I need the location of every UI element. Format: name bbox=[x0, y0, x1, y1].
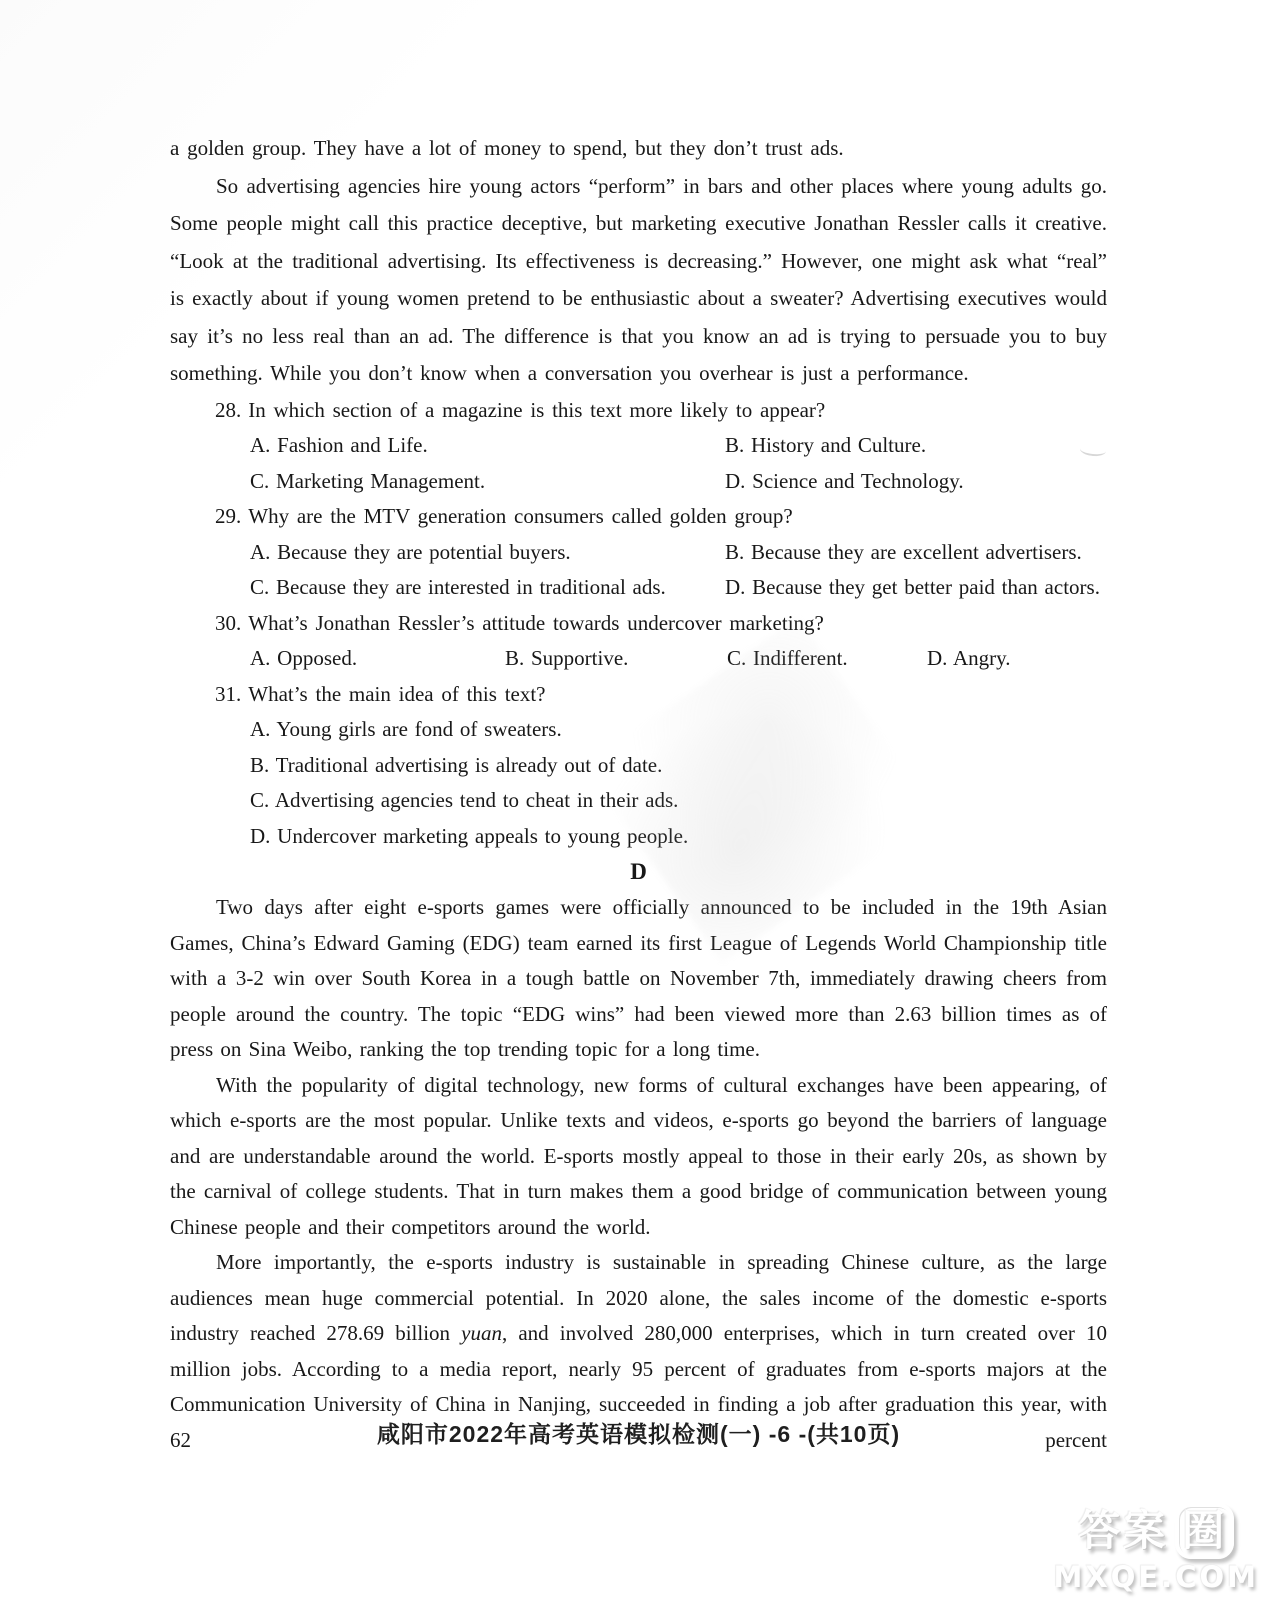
option-30-a: A. Opposed. bbox=[250, 641, 505, 677]
option-30-b: B. Supportive. bbox=[505, 641, 727, 677]
question-number: 31. bbox=[215, 682, 241, 706]
option-30-d: D. Angry. bbox=[927, 641, 1107, 677]
question-number: 30. bbox=[215, 611, 241, 635]
option-28-b: B. History and Culture. bbox=[725, 428, 1107, 464]
passage-paragraph-continuation: a golden group. They have a lot of money… bbox=[170, 130, 1107, 168]
option-31-d: D. Undercover marketing appeals to young… bbox=[170, 819, 1107, 855]
question-number: 28. bbox=[215, 398, 241, 422]
questions-section: 28.In which section of a magazine is thi… bbox=[170, 393, 1107, 855]
watermark-site-url: MXQE.COM bbox=[1054, 1560, 1260, 1594]
question-number: 29. bbox=[215, 504, 241, 528]
option-31-c: C. Advertising agencies tend to cheat in… bbox=[170, 783, 1107, 819]
watermark-circle-char: 圈 bbox=[1175, 1503, 1234, 1559]
page-body: a golden group. They have a lot of money… bbox=[170, 130, 1107, 1458]
watermark-brand: 答案圈 bbox=[1054, 1502, 1260, 1560]
yuan-italic: yuan bbox=[461, 1321, 502, 1345]
section-d-paragraph-2: With the popularity of digital technolog… bbox=[170, 1068, 1107, 1246]
option-31-a: A. Young girls are fond of sweaters. bbox=[170, 712, 1107, 748]
question-30: 30.What’s Jonathan Ressler’s attitude to… bbox=[170, 606, 1107, 642]
watermark-brand-text: 答案 bbox=[1078, 1506, 1168, 1555]
option-31-b: B. Traditional advertising is already ou… bbox=[170, 748, 1107, 784]
option-28-c: C. Marketing Management. bbox=[250, 464, 725, 500]
question-28: 28.In which section of a magazine is thi… bbox=[170, 393, 1107, 429]
question-text: Why are the MTV generation consumers cal… bbox=[248, 504, 792, 528]
question-31-options: A. Young girls are fond of sweaters. B. … bbox=[170, 712, 1107, 854]
section-d-paragraph-1: Two days after eight e-sports games were… bbox=[170, 890, 1107, 1068]
section-d-heading: D bbox=[170, 854, 1107, 890]
option-29-a: A. Because they are potential buyers. bbox=[250, 535, 725, 571]
question-text: What’s Jonathan Ressler’s attitude towar… bbox=[248, 611, 824, 635]
passage-paragraph: So advertising agencies hire young actor… bbox=[170, 168, 1107, 393]
question-text: What’s the main idea of this text? bbox=[248, 682, 545, 706]
option-28-a: A. Fashion and Life. bbox=[250, 428, 725, 464]
question-31: 31.What’s the main idea of this text? bbox=[170, 677, 1107, 713]
option-29-b: B. Because they are excellent advertiser… bbox=[725, 535, 1107, 571]
option-29-c: C. Because they are interested in tradit… bbox=[250, 570, 725, 606]
page-footer: 咸阳市2022年高考英语模拟检测(一) -6 -(共10页) bbox=[170, 1416, 1107, 1449]
watermark-logo: 答案圈 MXQE.COM bbox=[1054, 1502, 1260, 1594]
question-28-options: A. Fashion and Life. B. History and Cult… bbox=[170, 428, 1107, 499]
question-30-options: A. Opposed. B. Supportive. C. Indifferen… bbox=[170, 641, 1107, 677]
option-30-c: C. Indifferent. bbox=[727, 641, 927, 677]
exam-page: a golden group. They have a lot of money… bbox=[0, 0, 1271, 1600]
question-29: 29.Why are the MTV generation consumers … bbox=[170, 499, 1107, 535]
option-29-d: D. Because they get better paid than act… bbox=[725, 570, 1107, 606]
option-28-d: D. Science and Technology. bbox=[725, 464, 1107, 500]
question-29-options: A. Because they are potential buyers. B.… bbox=[170, 535, 1107, 606]
question-text: In which section of a magazine is this t… bbox=[248, 398, 825, 422]
